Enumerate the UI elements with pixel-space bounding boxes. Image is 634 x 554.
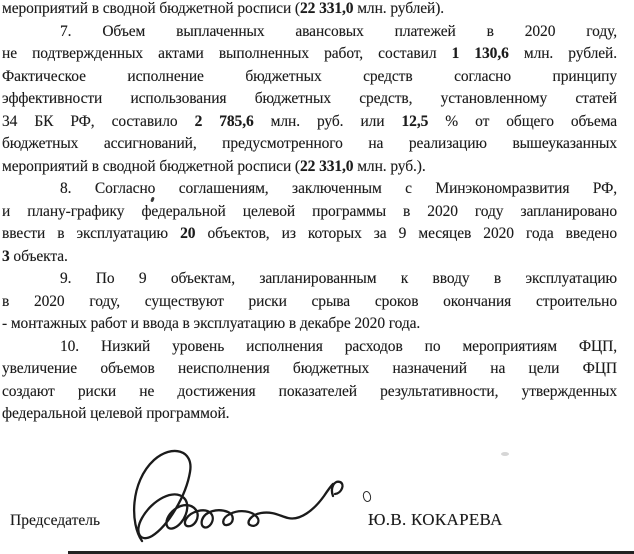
text-run: 34 БК РФ, составило	[2, 113, 195, 130]
scan-artifact-smudge	[501, 452, 509, 456]
text-line: мероприятий в сводной бюджетной росписи …	[2, 0, 617, 21]
text-run: федеральной целевой программой.	[2, 405, 229, 422]
chairman-label: Председатель	[10, 512, 100, 530]
text-run: не подтвержденных актами выполненных раб…	[2, 45, 452, 62]
signature-flourish-mark	[362, 490, 372, 503]
text-run: бюджетных ассигнований, предусмотренного…	[2, 135, 617, 152]
text-line: и плану-графику федеральной целевой прог…	[2, 201, 617, 224]
text-line: не подтвержденных актами выполненных раб…	[2, 43, 617, 66]
text-run: Фактическое исполнение бюджетных средств…	[2, 68, 617, 85]
text-run: 9. По 9 объектам, запланированным к ввод…	[60, 270, 617, 287]
text-line: 34 БК РФ, составило 2 785,6 млн. руб. ил…	[2, 111, 617, 134]
text-line: ввести в эксплуатацию 20 объектов, из ко…	[2, 223, 617, 246]
text-run: 8. Согласно соглашениям, заключенным с М…	[60, 180, 617, 197]
page-bottom-rule	[68, 551, 634, 554]
text-line: 9. По 9 объектам, запланированным к ввод…	[2, 268, 617, 291]
bold-value: 20	[180, 225, 195, 242]
text-line: увеличение объемов неисполнения бюджетны…	[2, 358, 617, 381]
text-line: федеральной целевой программой.	[2, 403, 617, 426]
text-run: млн. руб. или	[254, 113, 402, 130]
bold-value: 12,5	[402, 113, 429, 130]
chairman-name: Ю.В. КОКАРЕВА	[368, 510, 503, 530]
text-run: создают риски не достижения показателей …	[2, 383, 617, 400]
bold-value: 3	[2, 248, 10, 265]
text-run: и плану-графику федеральной целевой прог…	[2, 203, 617, 220]
text-run: объектов, из которых за 9 месяцев 2020 г…	[195, 225, 617, 242]
text-run: - монтажных работ и ввода в эксплуатацию…	[2, 315, 420, 332]
text-line: 7. Объем выплаченных авансовых платежей …	[2, 21, 617, 44]
text-run: ввести в эксплуатацию	[2, 225, 180, 242]
bold-value: 22 331,0	[300, 0, 353, 17]
text-line: 3 объекта.	[2, 246, 617, 269]
text-line: 10. Низкий уровень исполнения расходов п…	[2, 336, 617, 359]
text-run: млн. рублей.	[509, 45, 617, 62]
text-run: 7. Объем выплаченных авансовых платежей …	[60, 23, 617, 40]
text-run: % от общего объема	[428, 113, 617, 130]
text-run: млн. руб.).	[353, 158, 425, 175]
text-line: Фактическое исполнение бюджетных средств…	[2, 66, 617, 89]
text-line: эффективности использования бюджетных ср…	[2, 88, 617, 111]
text-line: создают риски не достижения показателей …	[2, 381, 617, 404]
text-line: 8. Согласно соглашениям, заключенным с М…	[2, 178, 617, 201]
signature-autograph	[128, 448, 360, 548]
bold-value: 1 130,6	[452, 45, 509, 62]
text-run: объекта.	[10, 248, 68, 265]
text-run: мероприятий в сводной бюджетной росписи …	[2, 0, 300, 17]
bold-value: 2 785,6	[195, 113, 254, 130]
document-page: мероприятий в сводной бюджетной росписи …	[0, 0, 634, 554]
text-line: в 2020 году, существуют риски срыва срок…	[2, 291, 617, 314]
text-run: увеличение объемов неисполнения бюджетны…	[2, 360, 617, 377]
text-line: - монтажных работ и ввода в эксплуатацию…	[2, 313, 617, 336]
text-line: мероприятий в сводной бюджетной росписи …	[2, 156, 617, 179]
text-run: мероприятий в сводной бюджетной росписи …	[2, 158, 300, 175]
text-line: бюджетных ассигнований, предусмотренного…	[2, 133, 617, 156]
text-run: в 2020 году, существуют риски срыва срок…	[2, 293, 617, 310]
text-run: млн. рублей).	[353, 0, 444, 17]
text-run: эффективности использования бюджетных ср…	[2, 90, 617, 107]
report-text: мероприятий в сводной бюджетной росписи …	[2, 0, 617, 426]
bold-value: 22 331,0	[300, 158, 353, 175]
text-run: 10. Низкий уровень исполнения расходов п…	[60, 338, 617, 355]
